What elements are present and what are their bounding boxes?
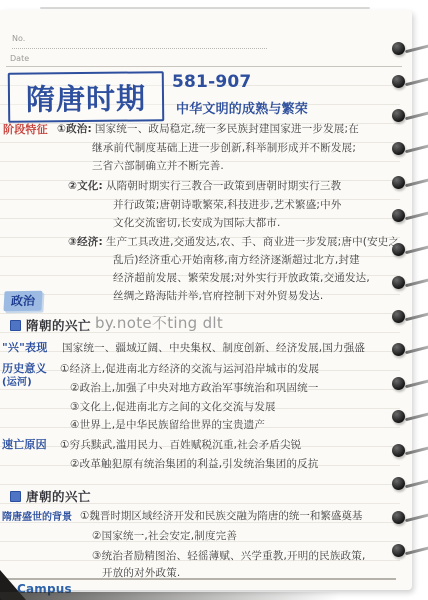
- spiral-coil: [392, 343, 428, 357]
- no-dotted-line: [12, 48, 267, 49]
- stage-line: ①政治:国家统一、政局稳定,统一多民族封建国家进一步发展;在: [57, 121, 359, 136]
- politics-highlight-tag: 政治: [3, 291, 42, 312]
- section-bullet-icon: [10, 320, 21, 331]
- stage-line: ②文化:从隋朝时期实行三教合一政策到唐朝时期实行三教: [68, 178, 341, 193]
- note-line: ①穷兵黩武,滥用民力、百姓赋税沉重,社会矛盾尖锐: [60, 437, 301, 452]
- note-line: ①经济上,促进南北方经济的交流与运河沿岸城市的发展: [60, 361, 319, 376]
- stage-line: 文化交流密切,长安成为国际大都市.: [113, 215, 281, 230]
- note-line: ①魏晋时期区域经济开发和民族交融为隋唐的统一和繁盛奠基: [80, 508, 362, 523]
- title-years: 581-907: [172, 72, 251, 92]
- spiral-coil: [392, 109, 428, 123]
- spiral-coil: [392, 75, 428, 89]
- stage-line: 乱后)经济重心开始南移,南方经济逐渐超过北方,封建: [113, 252, 360, 267]
- no-label: No.: [12, 34, 25, 43]
- note-line: ③文化上,促进南北方之间的文化交流与发展: [70, 399, 276, 414]
- sui-fall-label: 速亡原因: [2, 436, 47, 452]
- note-line: ②改革触犯原有统治集团的利益,引发统治集团的反抗: [70, 456, 319, 471]
- stage-item-head: ①政治:: [57, 123, 92, 135]
- spiral-coil: [392, 310, 428, 324]
- tang-section-heading: 唐朝的兴亡: [10, 487, 91, 505]
- page-title: 隋唐时期: [26, 76, 146, 118]
- stage-line: 并行政策;唐朝诗歌繁荣,科技进步,艺术繁盛;中外: [113, 197, 342, 212]
- tang-bg-label: 隋唐盛世的背景: [2, 508, 72, 523]
- date-label: Date: [10, 54, 29, 63]
- spiral-coil: [392, 410, 428, 424]
- spiral-coil: [392, 243, 428, 257]
- notebook-photo: { "page": { "no_label": "No.", "date_lab…: [0, 0, 428, 600]
- spiral-coil: [392, 444, 428, 458]
- spiral-coil: [392, 377, 428, 391]
- spiral-coil: [392, 142, 428, 156]
- spiral-coil: [392, 544, 428, 558]
- photo-edge: [40, 7, 370, 9]
- sui-section-heading: 隋朝的兴亡: [10, 316, 91, 334]
- notebook-page: No. Date 隋唐时期 581-907 中华文明的成熟与繁荣 阶段特征 ①政…: [0, 10, 412, 590]
- spiral-coil: [392, 176, 428, 190]
- note-line: 国家统一、疆域辽阔、中央集权、制度创新、经济发展,国力强盛: [62, 340, 365, 355]
- photo-bottom-shadow: [0, 592, 340, 600]
- spiral-coil: [392, 42, 428, 56]
- stage-line: 经济超前发展、繁荣发展;对外实行开放政策,交通发达,: [113, 270, 370, 285]
- sui-meaning-sublabel: (运河): [2, 373, 32, 388]
- stage-line: 继承前代制度基础上进一步创新,科举制形成并不断发展;: [92, 140, 356, 155]
- section-bullet-icon: [10, 491, 21, 502]
- spiral-coil: [392, 477, 428, 491]
- note-line: ②国家统一,社会安定,制度完善: [92, 528, 237, 543]
- spiral-coil: [392, 276, 428, 290]
- stage-label: 阶段特征: [3, 121, 48, 137]
- stage-item-head: ③经济:: [68, 236, 103, 248]
- stage-line: 三省六部制确立并不断完善.: [92, 158, 224, 173]
- stage-item-head: ②文化:: [68, 180, 103, 192]
- title-subtitle: 中华文明的成熟与繁荣: [176, 98, 308, 117]
- stage-line: 丝绸之路海陆并举,官府控制下对外贸易发达.: [113, 288, 323, 303]
- watermark: by.note不ting dlt: [95, 312, 223, 333]
- note-line: ④世界上,是中华民族留给世界的宝贵遗产: [70, 417, 265, 432]
- sui-rise-label: "兴"表现: [2, 339, 47, 355]
- spiral-coil: [392, 511, 428, 525]
- note-line: ②政治上,加强了中央对地方政治军事统治和巩固统一: [70, 380, 319, 395]
- footer-rule-line: [6, 578, 396, 580]
- date-rule-line: [6, 66, 402, 67]
- stage-line: ③经济:生产工具改进,交通发达,农、手、商业进一步发展;唐中(安史之: [68, 234, 399, 249]
- title-box: 隋唐时期: [8, 71, 165, 123]
- spiral-coil: [392, 209, 428, 223]
- note-line: ③统治者励精图治、轻徭薄赋、兴学重教,开明的民族政策,: [92, 548, 366, 563]
